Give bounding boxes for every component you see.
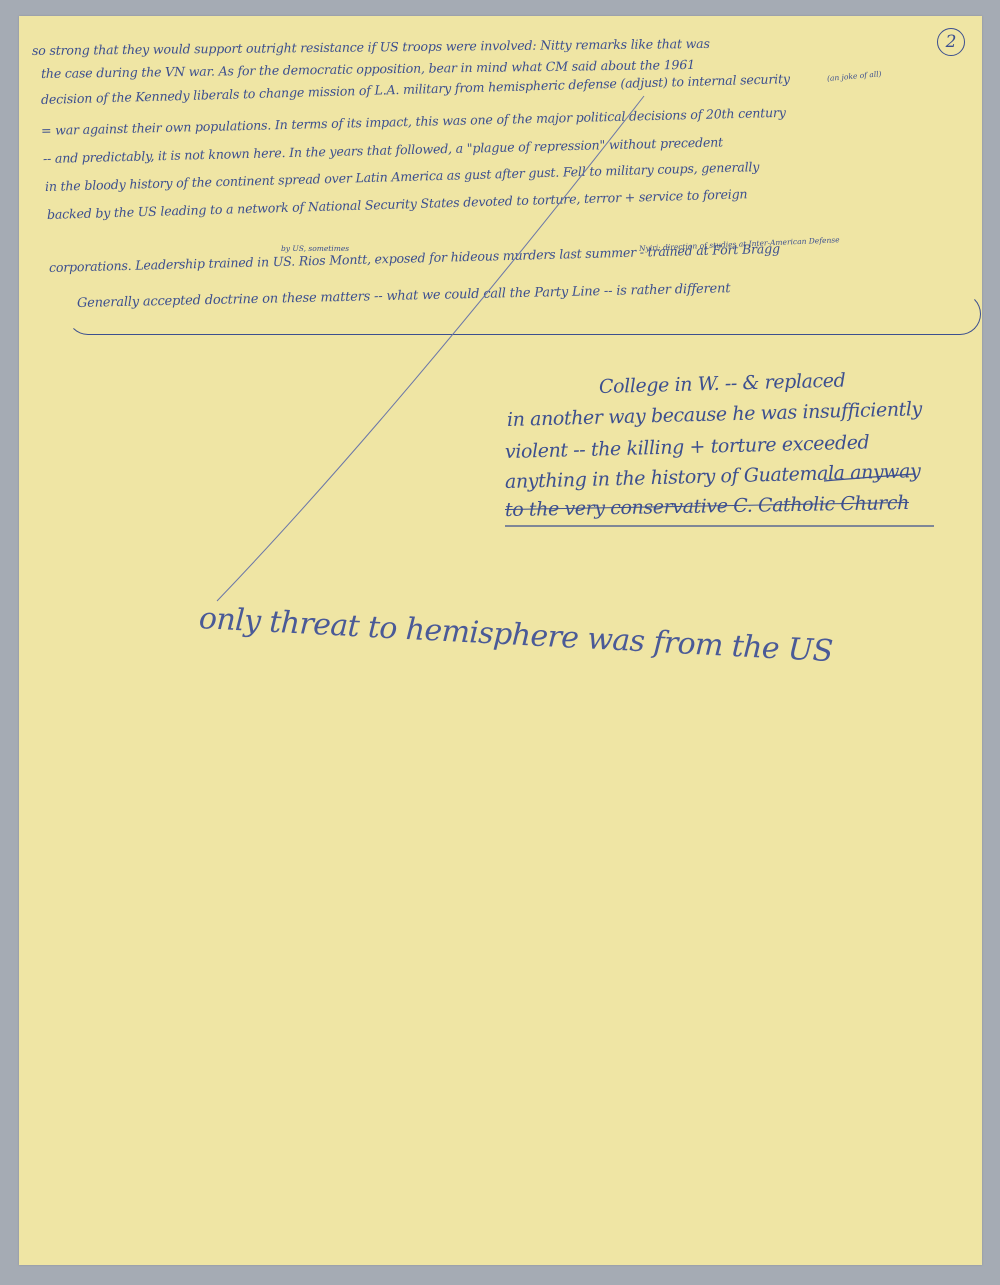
notepad-page: 2 so strong that they would support outr…	[19, 16, 982, 1265]
